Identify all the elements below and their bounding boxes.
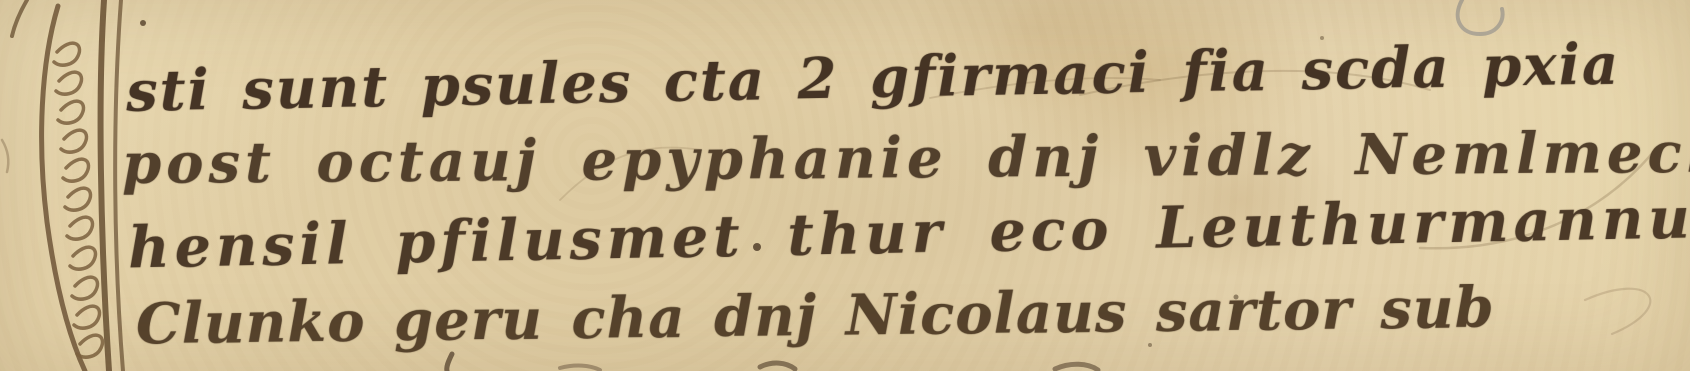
- manuscript-page: sti sunt psules cta 2 gfirmaci fia scda …: [0, 0, 1690, 371]
- left-border-flourish: [2, 0, 123, 371]
- bottom-cropped-line-marks: [447, 354, 1098, 371]
- manuscript-line-2: post octauj epyphanie dnj vidlz Nemlmech…: [122, 124, 1690, 192]
- manuscript-line-4: Clunko geru cha dnj Nicolaus sartor sub: [136, 280, 1495, 353]
- top-right-pen-mark: [1458, 0, 1503, 34]
